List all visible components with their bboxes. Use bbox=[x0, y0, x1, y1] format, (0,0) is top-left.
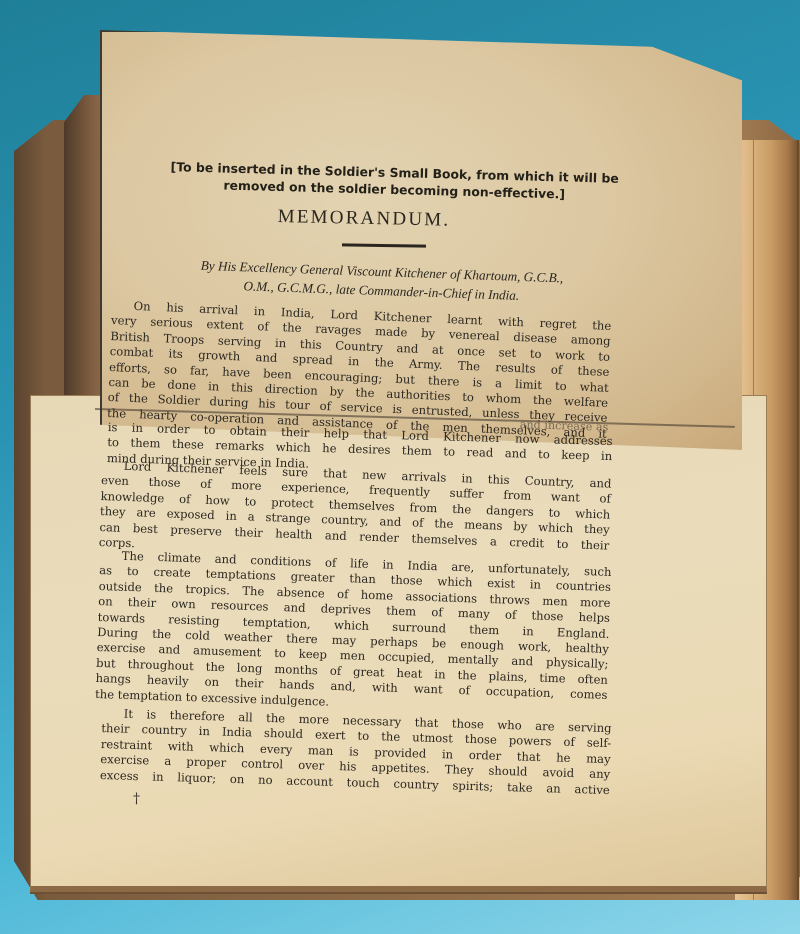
paragraph-4: It is therefore all the more necessary t… bbox=[100, 706, 612, 798]
paragraph-3: The climate and conditions of life in In… bbox=[95, 548, 612, 719]
sheet-left-flap bbox=[64, 95, 104, 435]
document-title: MEMORANDUM. bbox=[278, 206, 451, 232]
dagger-mark: † bbox=[133, 791, 140, 807]
